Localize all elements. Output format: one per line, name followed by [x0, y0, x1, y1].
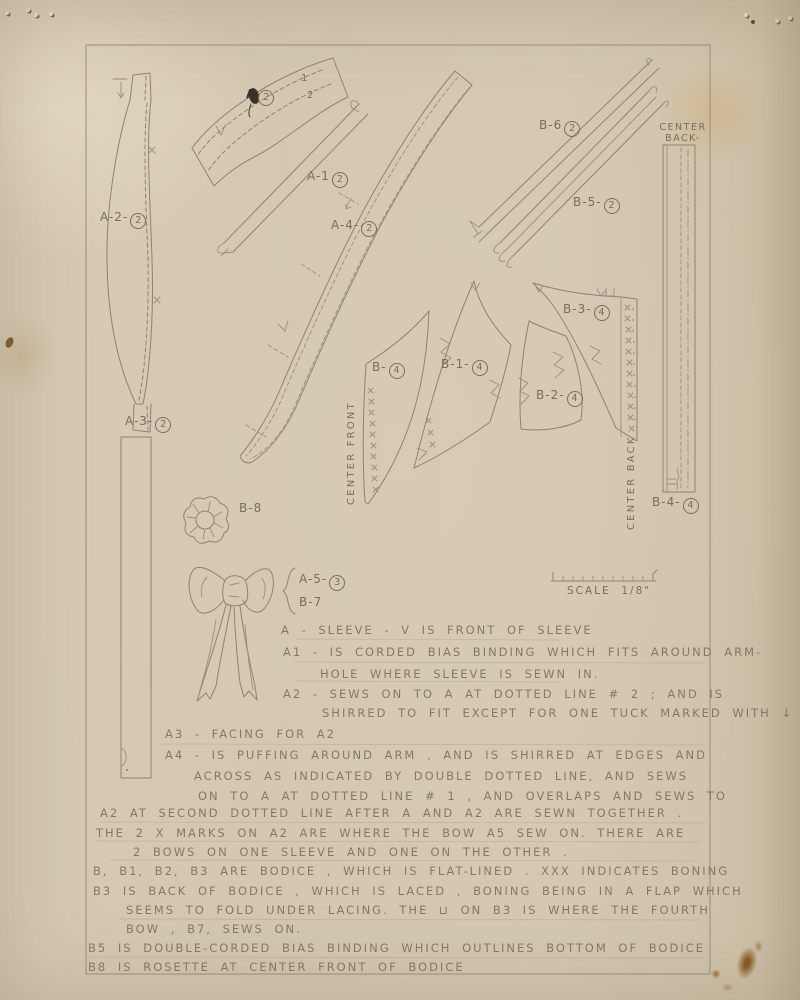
piece-label-text: B- [372, 360, 387, 374]
piece-quantity-circle: 2 [258, 90, 274, 106]
piece-label-text: A-1 [307, 169, 330, 183]
note-line: THE 2 X MARKS ON A2 ARE WHERE THE BOW A5… [96, 826, 685, 840]
note-line: HOLE WHERE SLEEVE IS SEWN IN. [320, 667, 599, 681]
piece-label-b5: B-5-2 [573, 195, 620, 214]
piece-quantity-circle: 2 [130, 213, 146, 229]
note-line: B, B1, B2, B3 ARE BODICE , WHICH IS FLAT… [93, 864, 729, 878]
piece-b-drawing [363, 311, 429, 504]
piece-label-text: B-2- [536, 388, 565, 402]
piece-label-text: B-8 [239, 501, 262, 515]
piece-label-a2: A-2-2 [100, 210, 146, 229]
dotted-line-2-label: 2 [307, 90, 313, 101]
note-line: A - SLEEVE - V IS FRONT OF SLEEVE [281, 623, 593, 637]
piece-quantity-circle: 2 [564, 121, 580, 137]
piece-label-text: B-4- [652, 495, 681, 509]
note-line: BOW , B7, SEWS ON. [126, 922, 302, 936]
piece-label-b7: B-7 [299, 595, 322, 609]
piece-label-b3: B-3-4 [563, 302, 610, 321]
piece-label-text: B-7 [299, 595, 322, 609]
piece-a3-drawing [121, 437, 151, 778]
piece-a2-drawing [107, 73, 160, 432]
note-line: 2 BOWS ON ONE SLEEVE AND ONE ON THE OTHE… [133, 845, 569, 859]
note-line: A2 - SEWS ON TO A AT DOTTED LINE # 2 ; A… [283, 687, 724, 701]
note-line: SEEMS TO FOLD UNDER LACING. THE ⊔ ON B3 … [126, 903, 710, 917]
piece-quantity-circle: 2 [604, 198, 620, 214]
piece-b6-drawing [470, 58, 659, 242]
scale-label: SCALE 1/8" [567, 585, 651, 597]
piece-label-text: B-5- [573, 195, 602, 209]
piece-label-b6: B-62 [539, 118, 580, 137]
center-back-line2: BACK- [654, 133, 712, 144]
piece-label-text: A-5- [299, 572, 327, 586]
piece-label-text: A [246, 87, 256, 101]
piece-quantity-circle: 2 [332, 172, 348, 188]
piece-label-text: A-4- [331, 218, 359, 232]
note-line: A3 - FACING FOR A2 [165, 727, 336, 741]
piece-label-text: B-3- [563, 302, 592, 316]
piece-b5-drawing [494, 87, 669, 268]
scale-value: 1/8" [621, 585, 651, 597]
center-back-side-label: CENTER BACK [626, 435, 637, 530]
piece-a-drawing [192, 58, 348, 186]
piece-label-text: A-3- [125, 414, 153, 428]
piece-label-b8: B-8 [239, 501, 262, 515]
note-line: B5 IS DOUBLE-CORDED BIAS BINDING WHICH O… [88, 941, 705, 955]
note-line: B3 IS BACK OF BODICE , WHICH IS LACED , … [93, 884, 743, 898]
center-back-top-label: CENTER BACK- [654, 122, 712, 144]
scale-ruler [551, 570, 657, 581]
rosette-b8-drawing [184, 497, 229, 544]
note-line: A1 - IS CORDED BIAS BINDING WHICH FITS A… [283, 645, 762, 659]
piece-label-a5: A-5-3 [299, 572, 345, 591]
piece-label-a: A2 [246, 87, 274, 106]
note-line: ACROSS AS INDICATED BY DOUBLE DOTTED LIN… [194, 769, 688, 783]
piece-label-text: A-2- [100, 210, 128, 224]
note-line: A2 AT SECOND DOTTED LINE AFTER A AND A2 … [100, 806, 683, 820]
note-line: B8 IS ROSETTE AT CENTER FRONT OF BODICE [88, 960, 465, 974]
note-line: A4 - IS PUFFING AROUND ARM , AND IS SHIR… [165, 748, 707, 762]
piece-label-a3: A-3-2 [125, 414, 171, 433]
brace-mark [283, 568, 295, 614]
dotted-line-1-label: 1 [301, 73, 307, 84]
piece-label-b2: B-2-4 [536, 388, 583, 407]
piece-quantity-circle: 4 [683, 498, 699, 514]
piece-label-b: B-4 [372, 360, 405, 379]
piece-quantity-circle: 4 [389, 363, 405, 379]
piece-quantity-circle: 2 [155, 417, 171, 433]
piece-quantity-circle: 4 [567, 391, 583, 407]
pattern-sheet: A-2-2 A2 A-12 A-4-2 B-62 B-5-2 B-3-4 B-4… [0, 0, 800, 1000]
scale-word: SCALE [567, 585, 611, 597]
note-line: SHIRRED TO FIT EXCEPT FOR ONE TUCK MARKE… [322, 706, 793, 720]
piece-quantity-circle: 3 [329, 575, 345, 591]
piece-label-b4: B-4-4 [652, 495, 699, 514]
note-line: ON TO A AT DOTTED LINE # 1 , AND OVERLAP… [198, 789, 727, 803]
piece-quantity-circle: 2 [361, 221, 377, 237]
piece-quantity-circle: 4 [594, 305, 610, 321]
center-back-line1: CENTER [654, 122, 712, 133]
piece-label-a1: A-12 [307, 169, 348, 188]
piece-label-a4: A-4-2 [331, 218, 377, 237]
piece-quantity-circle: 4 [472, 360, 488, 376]
piece-b4-drawing [663, 145, 695, 492]
piece-label-b1: B-1-4 [441, 357, 488, 376]
bow-drawing [189, 567, 273, 701]
piece-label-text: B-6 [539, 118, 562, 132]
piece-label-text: B-1- [441, 357, 470, 371]
center-front-side-label: CENTER FRONT [346, 401, 357, 505]
